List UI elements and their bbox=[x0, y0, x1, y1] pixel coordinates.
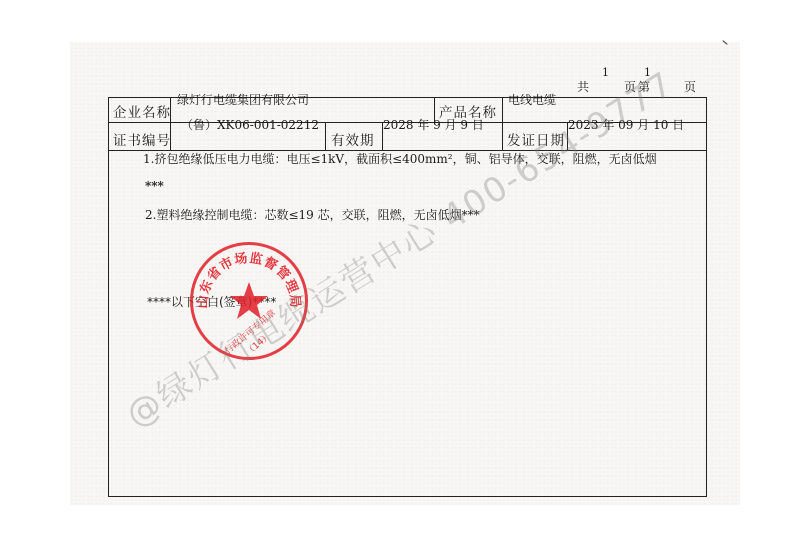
col-divider bbox=[502, 98, 503, 150]
valid-value: 2028 年 9 月 9 日 bbox=[383, 116, 484, 133]
col-divider bbox=[325, 122, 326, 150]
scope-item-1: 1.挤包绝缘低压电力电缆：电压≤1kV，截面积≤400mm²，铜、铝导体，交联，… bbox=[143, 150, 657, 167]
product-value: 电线电缆 bbox=[508, 91, 556, 108]
cert-label: 证书编号 bbox=[113, 129, 171, 149]
total-pages: 1 bbox=[602, 66, 609, 79]
company-value: 绿灯行电缆集团有限公司 bbox=[177, 91, 309, 108]
page-indicator: 共 1 页 1 第 页 bbox=[572, 66, 712, 96]
current-label: 第 bbox=[638, 78, 650, 95]
cert-value: （鲁）XK06-001-02212 bbox=[181, 116, 319, 133]
pages-unit: 页 bbox=[624, 78, 636, 95]
issue-value: 2023 年 09 月 10 日 bbox=[568, 116, 684, 133]
seal-graphic: 山东省市场监督管理局 行政许可专用章 （14） bbox=[190, 242, 308, 360]
scope-item-2: 2.塑料绝缘控制电缆：芯数≤19 芯，交联，阻燃，无卤低烟*** bbox=[145, 206, 480, 223]
total-label: 共 bbox=[577, 78, 589, 95]
issue-label: 发证日期 bbox=[507, 129, 565, 149]
valid-label: 有效期 bbox=[331, 129, 375, 149]
official-seal: 山东省市场监督管理局 行政许可专用章 （14） bbox=[190, 242, 308, 360]
company-label: 企业名称 bbox=[113, 101, 171, 121]
scope-item-1-cont: *** bbox=[145, 179, 164, 193]
current-unit: 页 bbox=[684, 78, 696, 95]
star-icon bbox=[230, 282, 268, 319]
